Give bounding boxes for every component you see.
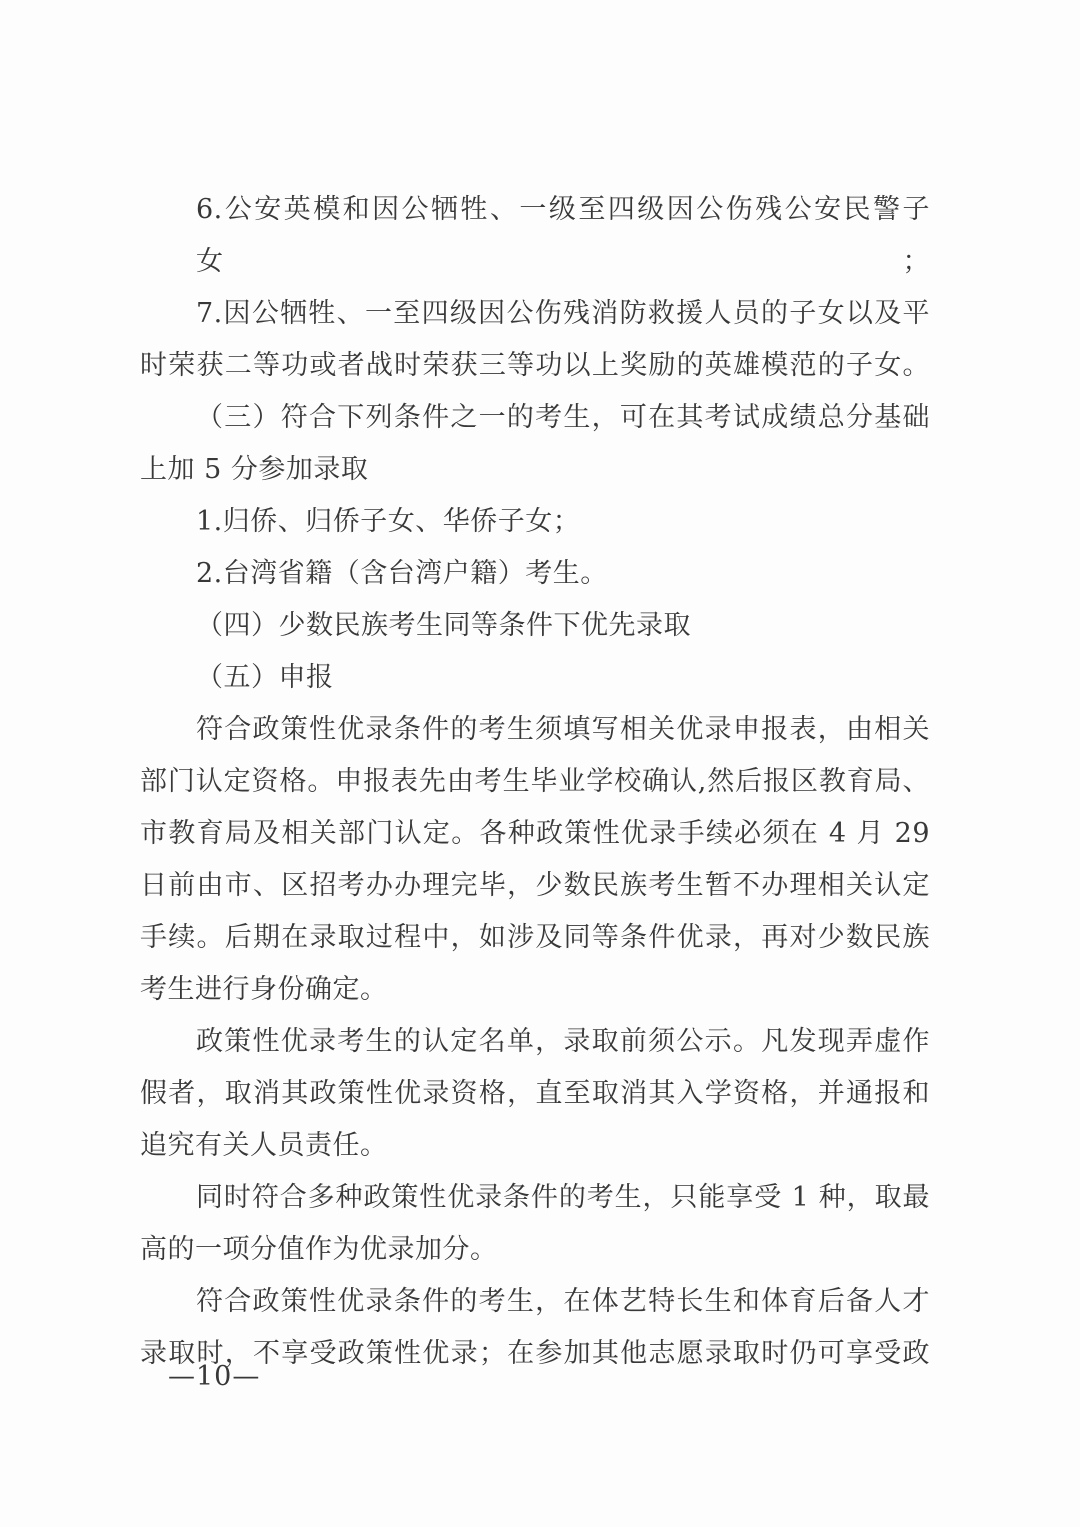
- text-line: 部门认定资格。申报表先由考生毕业学校确认,然后报区教育局、: [140, 756, 930, 808]
- text-line: （四）少数民族考生同等条件下优先录取: [140, 600, 930, 652]
- page-number: —10—: [168, 1362, 260, 1392]
- document-page: 6.公安英模和因公牺牲、一级至四级因公伤残公安民警子女；7.因公牺牲、一至四级因…: [0, 0, 1080, 1527]
- document-body: 6.公安英模和因公牺牲、一级至四级因公伤残公安民警子女；7.因公牺牲、一至四级因…: [140, 184, 930, 1380]
- text-line: 追究有关人员责任。: [140, 1120, 930, 1172]
- text-line: 6.公安英模和因公牺牲、一级至四级因公伤残公安民警子女；: [140, 184, 930, 288]
- text-line: 上加 5 分参加录取: [140, 444, 930, 496]
- text-line: 1.归侨、归侨子女、华侨子女；: [140, 496, 930, 548]
- text-line: 考生进行身份确定。: [140, 964, 930, 1016]
- text-line: 时荣获二等功或者战时荣获三等功以上奖励的英雄模范的子女。: [140, 340, 930, 392]
- text-line: 日前由市、区招考办办理完毕，少数民族考生暂不办理相关认定: [140, 860, 930, 912]
- text-line: 2.台湾省籍（含台湾户籍）考生。: [140, 548, 930, 600]
- text-line: 高的一项分值作为优录加分。: [140, 1224, 930, 1276]
- text-line: 假者，取消其政策性优录资格，直至取消其入学资格，并通报和: [140, 1068, 930, 1120]
- text-line: 政策性优录考生的认定名单，录取前须公示。凡发现弄虚作: [140, 1016, 930, 1068]
- text-line: （五）申报: [140, 652, 930, 704]
- text-line: 符合政策性优录条件的考生，在体艺特长生和体育后备人才: [140, 1276, 930, 1328]
- text-line: 手续。后期在录取过程中，如涉及同等条件优录，再对少数民族: [140, 912, 930, 964]
- text-line: 符合政策性优录条件的考生须填写相关优录申报表，由相关: [140, 704, 930, 756]
- text-line: 7.因公牺牲、一至四级因公伤残消防救援人员的子女以及平: [140, 288, 930, 340]
- text-line: 同时符合多种政策性优录条件的考生，只能享受 1 种，取最: [140, 1172, 930, 1224]
- text-line: （三）符合下列条件之一的考生，可在其考试成绩总分基础: [140, 392, 930, 444]
- text-line: 市教育局及相关部门认定。各种政策性优录手续必须在 4 月 29: [140, 808, 930, 860]
